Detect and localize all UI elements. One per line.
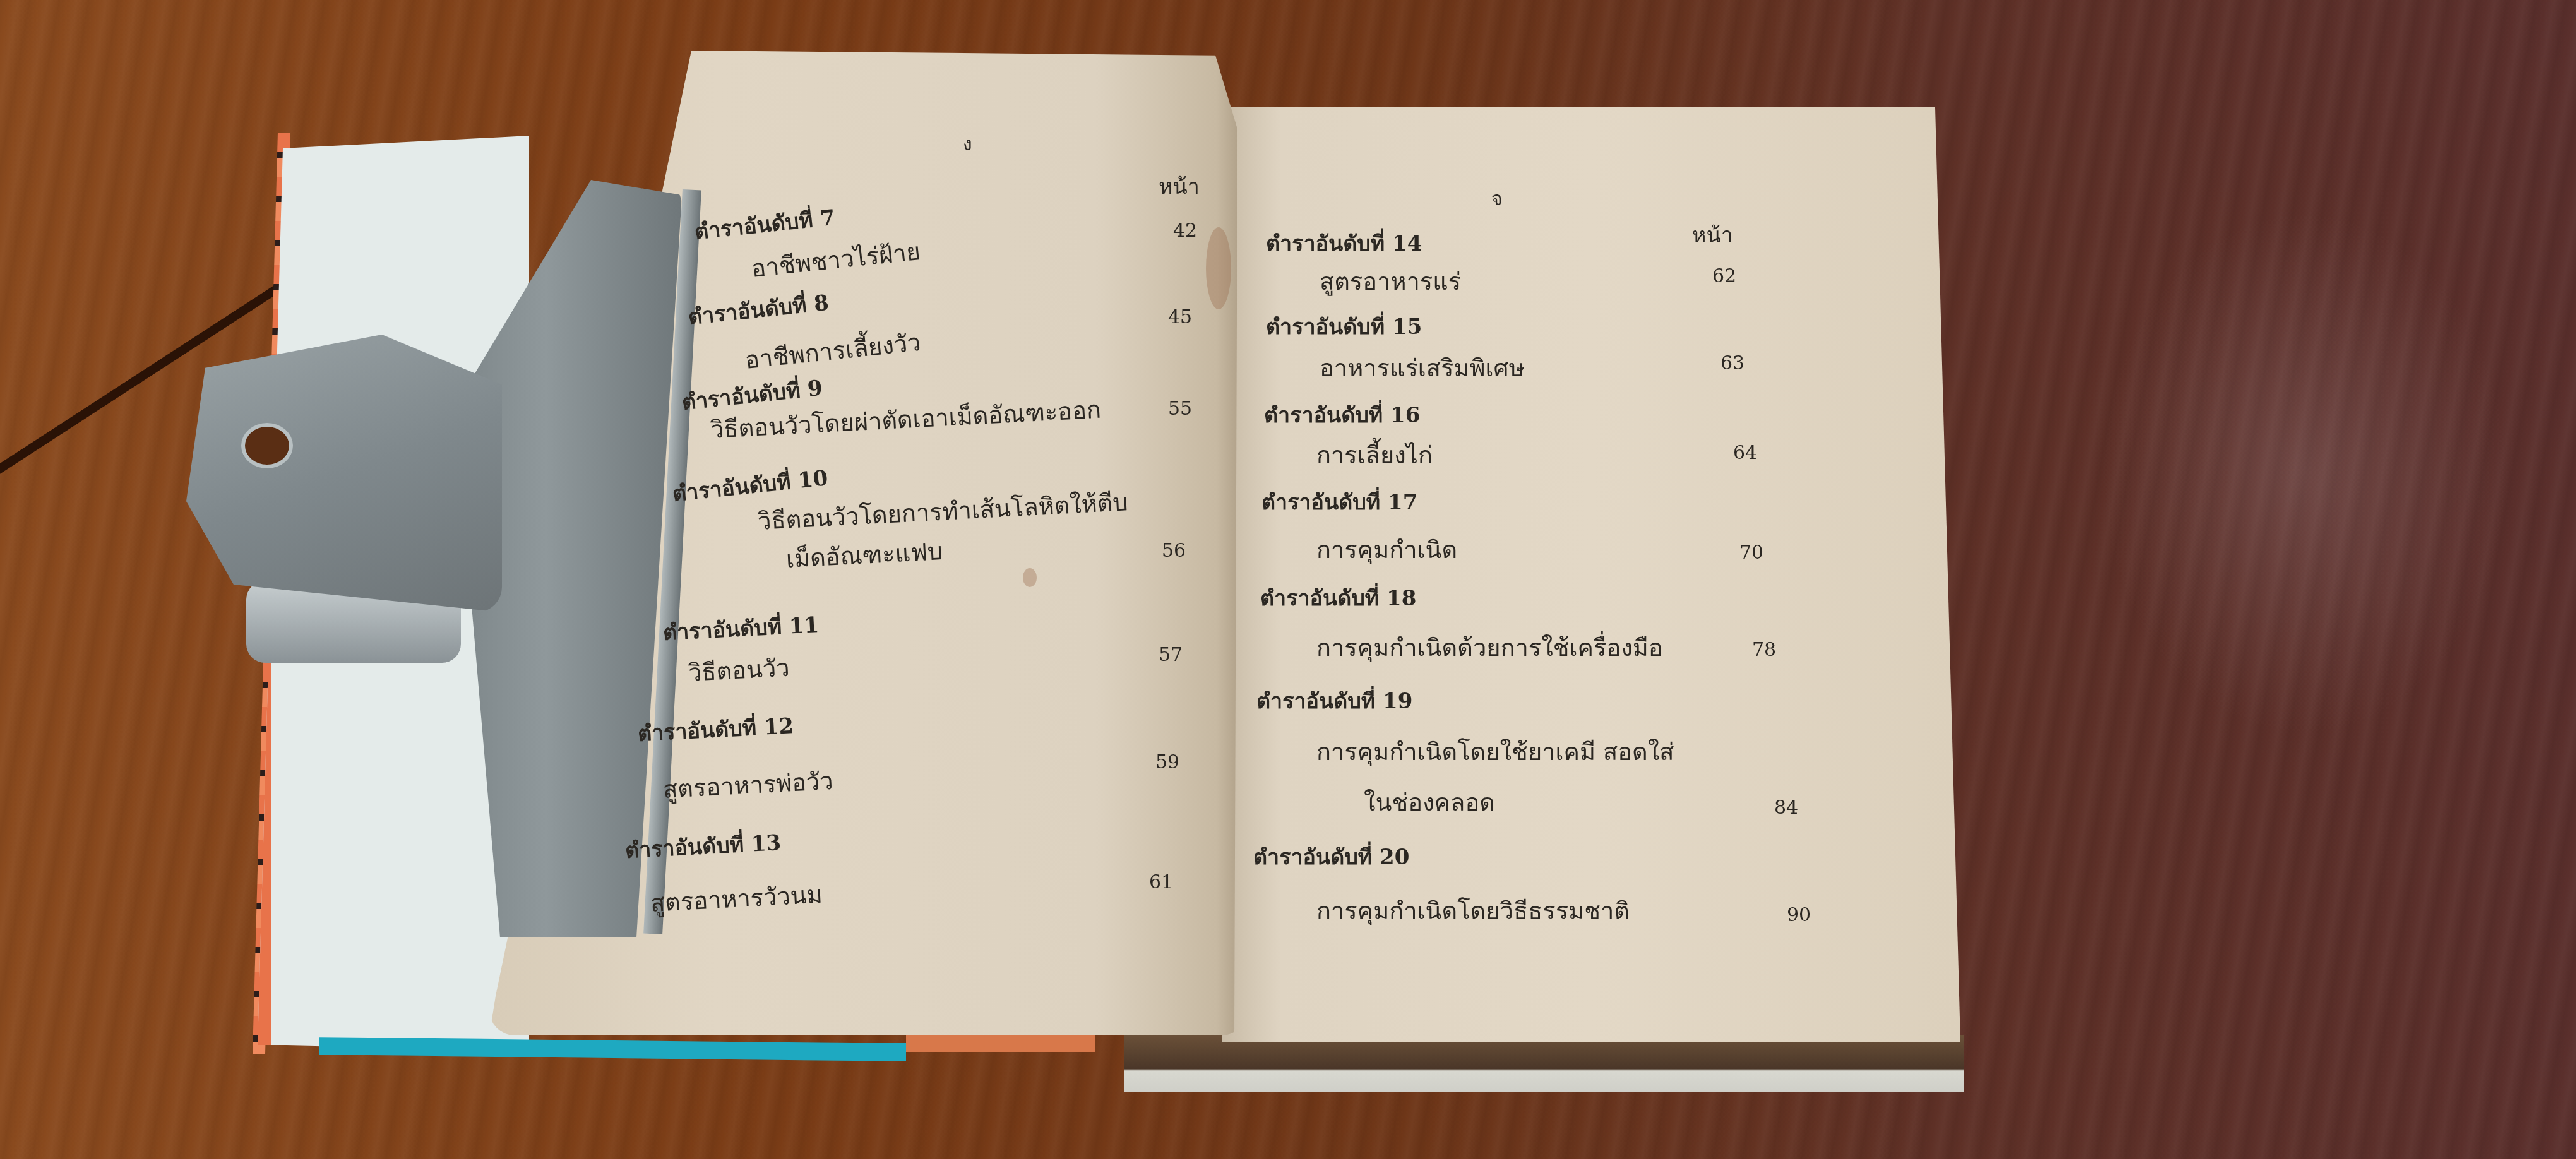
page-number: 64	[1733, 442, 1757, 464]
clip-hole	[241, 423, 293, 468]
page-number: 55	[1168, 398, 1192, 420]
chapter-title: วิธีตอนวัว	[687, 648, 790, 692]
page-number: 63	[1720, 352, 1744, 374]
page-number: 57	[1159, 644, 1183, 666]
table-light-reflection	[2084, 189, 2525, 758]
page-column-label: หน้า	[1159, 169, 1200, 203]
page-number: 84	[1774, 797, 1798, 819]
page-letter: จ	[1491, 184, 1503, 214]
page-number: 61	[1149, 871, 1173, 893]
paper-stain	[1023, 568, 1037, 587]
chapter-title-continued: ในช่องคลอด	[1364, 783, 1495, 821]
book-page-stack	[1124, 1035, 1964, 1092]
page-number: 42	[1173, 220, 1197, 242]
page-number: 70	[1739, 542, 1763, 564]
page-number: 90	[1787, 904, 1811, 926]
chapter-heading: ตำราอันดับที่ 20	[1253, 840, 1409, 874]
paper-stain	[1206, 227, 1231, 309]
clip-handle[interactable]	[186, 335, 502, 612]
page-number: 59	[1155, 751, 1179, 773]
chapter-heading: ตำราอันดับที่ 16	[1264, 398, 1420, 432]
chapter-title: สูตรอาหารแร่	[1320, 262, 1461, 300]
chapter-title: อาหารแร่เสริมพิเศษ	[1320, 348, 1525, 387]
chapter-heading: ตำราอันดับที่ 15	[1266, 309, 1422, 343]
page-number: 62	[1712, 265, 1736, 287]
chapter-heading: ตำราอันดับที่ 17	[1261, 485, 1417, 519]
chapter-heading: ตำราอันดับที่ 18	[1260, 581, 1416, 615]
book-cover-orange-band	[906, 1035, 1095, 1052]
chapter-title: การคุมกำเนิดโดยวิธีธรรมชาติ	[1316, 891, 1630, 930]
page-number: 78	[1752, 639, 1776, 661]
page-number: 45	[1168, 306, 1192, 328]
chapter-heading: ตำราอันดับที่ 14	[1266, 226, 1422, 260]
chapter-title: การคุมกำเนิด	[1316, 530, 1457, 569]
page-letter: ง	[963, 129, 972, 159]
chapter-title-continued: เม็ดอัณฑะแฟบ	[785, 532, 943, 578]
chapter-title: การคุมกำเนิดโดยใช้ยาเคมี สอดใส่	[1316, 732, 1674, 771]
chapter-title: การคุมกำเนิดด้วยการใช้เครื่องมือ	[1316, 628, 1663, 667]
page-number: 56	[1162, 540, 1186, 562]
chapter-title: การเลี้ยงไก่	[1316, 436, 1433, 474]
chapter-heading: ตำราอันดับที่ 19	[1256, 684, 1412, 718]
page-column-label: หน้า	[1692, 218, 1733, 252]
book-cover-teal-band	[319, 1037, 906, 1061]
